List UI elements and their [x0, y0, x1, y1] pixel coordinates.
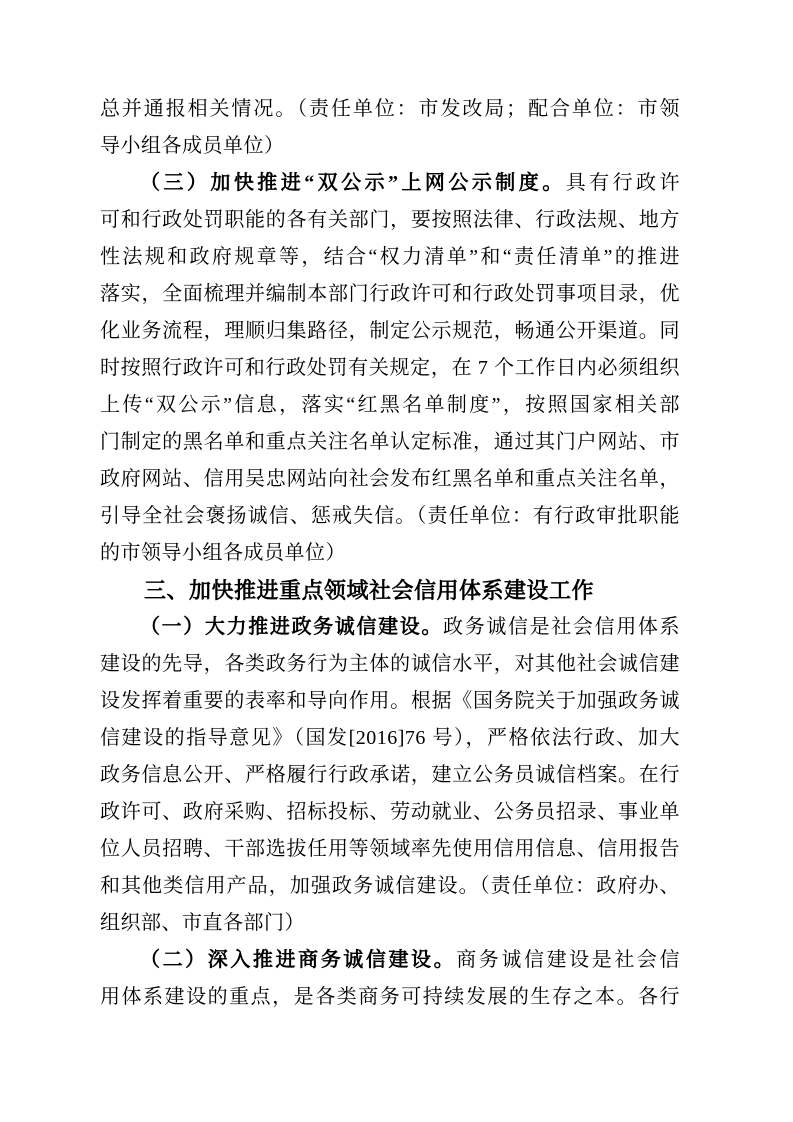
text-line: 的市领导小组各成员单位） [100, 535, 680, 572]
text-line: 引导全社会褒扬诚信、惩戒失信。（责任单位：有行政审批职能 [100, 498, 680, 535]
text-line: 落实，全面梳理并编制本部门行政许可和行政处罚事项目录，优 [100, 276, 680, 313]
text-line: 政许可、政府采购、招标投标、劳动就业、公务员招录、事业单 [100, 794, 680, 831]
text-segment: 落实，全面梳理并编制本部门行政许可和行政处罚事项目录，优 [100, 283, 680, 305]
text-line: 政府网站、信用吴忠网站向社会发布红黑名单和重点关注名单， [100, 461, 680, 498]
text-segment: 门制定的黑名单和重点关注名单认定标准，通过其门户网站、市 [100, 431, 680, 453]
text-line: 上传“双公示”信息，落实“红黑名单制度”，按照国家相关部 [100, 387, 680, 424]
text-segment: 引导全社会褒扬诚信、惩戒失信。（责任单位：有行政审批职能 [100, 505, 680, 527]
text-segment: 政务信息公开、严格履行行政承诺，建立公务员诚信档案。在行 [100, 764, 680, 786]
bold-text-segment: （三）加快推进“双公示”上网公示制度。 [140, 172, 566, 194]
text-segment: 性法规和政府规章等，结合“权力清单”和“责任清单”的推进 [100, 246, 680, 268]
text-segment: 总并通报相关情况。（责任单位：市发改局；配合单位：市领 [100, 98, 680, 120]
text-line: （一）大力推进政务诚信建设。政务诚信是社会信用体系 [100, 609, 680, 646]
text-segment: 时按照行政许可和行政处罚有关规定，在 7 个工作日内必须组织 [100, 357, 680, 379]
bold-text-segment: （二）深入推进商务诚信建设。 [140, 949, 456, 971]
text-line: 设发挥着重要的表率和导向作用。根据《国务院关于加强政务诚 [100, 683, 680, 720]
text-segment: 化业务流程，理顺归集路径，制定公示规范，畅通公开渠道。同 [100, 320, 680, 342]
text-line: 门制定的黑名单和重点关注名单认定标准，通过其门户网站、市 [100, 424, 680, 461]
text-segment: 政许可、政府采购、招标投标、劳动就业、公务员招录、事业单 [100, 801, 680, 823]
text-line: 时按照行政许可和行政处罚有关规定，在 7 个工作日内必须组织 [100, 350, 680, 387]
text-line: 和其他类信用产品，加强政务诚信建设。（责任单位：政府办、 [100, 868, 680, 905]
text-line: （三）加快推进“双公示”上网公示制度。具有行政许 [100, 165, 680, 202]
text-segment: 可和行政处罚职能的各有关部门，要按照法律、行政法规、地方 [100, 209, 680, 231]
text-segment: 具有行政许 [566, 172, 680, 194]
text-line: 政务信息公开、严格履行行政承诺，建立公务员诚信档案。在行 [100, 757, 680, 794]
text-line: （二）深入推进商务诚信建设。商务诚信建设是社会信 [100, 942, 680, 979]
document-body: 总并通报相关情况。（责任单位：市发改局；配合单位：市领导小组各成员单位）（三）加… [0, 0, 793, 1016]
document-page: 总并通报相关情况。（责任单位：市发改局；配合单位：市领导小组各成员单位）（三）加… [0, 0, 793, 1122]
section-heading: 三、加快推进重点领域社会信用体系建设工作 [100, 572, 680, 609]
text-line: 信建设的指导意见》（国发[2016]76 号），严格依法行政、加大 [100, 720, 680, 757]
text-segment: 政务诚信是社会信用体系 [443, 616, 680, 638]
text-segment: 商务诚信建设是社会信 [456, 949, 680, 971]
text-line: 总并通报相关情况。（责任单位：市发改局；配合单位：市领 [100, 91, 680, 128]
text-segment: 位人员招聘、干部选拔任用等领域率先使用信用信息、信用报告 [100, 838, 680, 860]
text-line: 建设的先导，各类政务行为主体的诚信水平，对其他社会诚信建 [100, 646, 680, 683]
text-line: 性法规和政府规章等，结合“权力清单”和“责任清单”的推进 [100, 239, 680, 276]
text-line: 可和行政处罚职能的各有关部门，要按照法律、行政法规、地方 [100, 202, 680, 239]
text-segment: 建设的先导，各类政务行为主体的诚信水平，对其他社会诚信建 [100, 653, 680, 675]
text-line: 组织部、市直各部门） [100, 905, 680, 942]
text-segment: 用体系建设的重点，是各类商务可持续发展的生存之本。各行 [100, 986, 680, 1008]
text-segment: 政府网站、信用吴忠网站向社会发布红黑名单和重点关注名单， [100, 468, 680, 490]
text-segment: 的市领导小组各成员单位） [100, 542, 346, 564]
text-segment: 导小组各成员单位） [100, 135, 285, 157]
text-segment: 上传“双公示”信息，落实“红黑名单制度”，按照国家相关部 [100, 394, 680, 416]
bold-text-segment: （一）大力推进政务诚信建设。 [140, 616, 443, 638]
text-segment: 和其他类信用产品，加强政务诚信建设。（责任单位：政府办、 [100, 875, 680, 897]
text-line: 用体系建设的重点，是各类商务可持续发展的生存之本。各行 [100, 979, 680, 1016]
text-segment: 信建设的指导意见》（国发[2016]76 号），严格依法行政、加大 [100, 727, 680, 749]
text-segment: 组织部、市直各部门） [100, 912, 305, 934]
text-line: 导小组各成员单位） [100, 128, 680, 165]
text-line: 位人员招聘、干部选拔任用等领域率先使用信用信息、信用报告 [100, 831, 680, 868]
text-line: 化业务流程，理顺归集路径，制定公示规范，畅通公开渠道。同 [100, 313, 680, 350]
text-segment: 设发挥着重要的表率和导向作用。根据《国务院关于加强政务诚 [100, 690, 680, 712]
bold-text-segment: 三、加快推进重点领域社会信用体系建设工作 [144, 578, 594, 603]
